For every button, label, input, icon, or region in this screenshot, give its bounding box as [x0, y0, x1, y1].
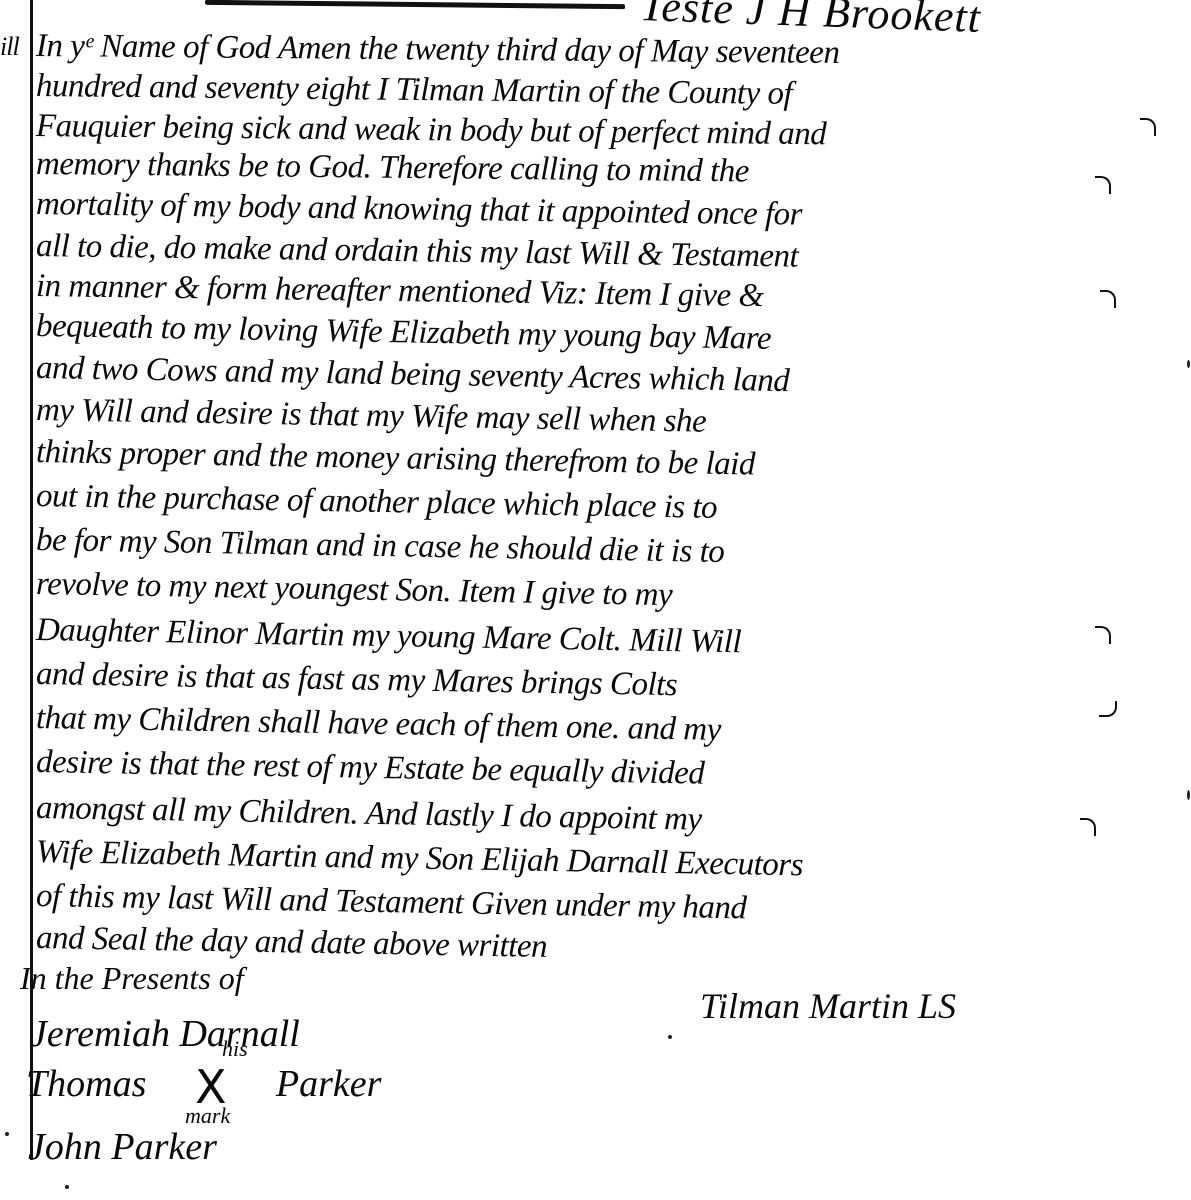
line-end-flourish-icon: [1100, 290, 1116, 308]
top-ink-rule: [205, 0, 625, 9]
scan-speck: [668, 1035, 672, 1039]
will-line-11: thinks proper and the money arising ther…: [36, 434, 756, 484]
will-line-13: be for my Son Tilman and in case he shou…: [36, 522, 725, 571]
will-line-21: of this my last Will and Testament Given…: [36, 878, 747, 927]
will-line-7: in manner & form hereafter mentioned Viz…: [36, 268, 764, 315]
testator-signature: Tilman Martin LS: [700, 985, 956, 1027]
will-line-5: mortality of my body and knowing that it…: [36, 186, 803, 234]
line-end-flourish-icon: [1140, 118, 1156, 136]
will-document-page: ill Teste J H Brookett In yᵉ Name of God…: [0, 0, 1191, 1200]
line-end-flourish-icon: [1080, 818, 1096, 836]
will-line-1: In yᵉ Name of God Amen the twenty third …: [36, 28, 840, 72]
margin-note: ill: [0, 32, 19, 62]
will-line-2: hundred and seventy eight I Tilman Marti…: [36, 68, 793, 113]
will-line-15: Daughter Elinor Martin my young Mare Col…: [36, 612, 742, 661]
will-line-20: Wife Elizabeth Martin and my Son Elijah …: [36, 834, 804, 884]
will-line-19: amongst all my Children. And lastly I do…: [36, 790, 702, 839]
scan-speck: [5, 1132, 9, 1136]
line-end-flourish-icon: [1095, 176, 1111, 194]
line-end-flourish-icon: [1095, 626, 1111, 644]
will-line-16: and desire is that as fast as my Mares b…: [36, 656, 678, 704]
witness-signature-john-parker: John Parker: [28, 1125, 217, 1169]
scan-speck: [65, 1185, 69, 1189]
scan-speck: [1187, 360, 1190, 368]
will-line-12: out in the purchase of another place whi…: [36, 478, 718, 527]
will-line-10: my Will and desire is that my Wife may s…: [36, 392, 707, 441]
will-line-9: and two Cows and my land being seventy A…: [36, 350, 790, 400]
will-line-14: revolve to my next youngest Son. Item I …: [36, 566, 673, 614]
mark-label-his: his: [222, 1036, 248, 1062]
will-line-4: memory thanks be to God. Therefore calli…: [36, 146, 749, 190]
will-line-8: bequeath to my loving Wife Elizabeth my …: [36, 308, 772, 358]
witness-heading: In the Presents of: [20, 960, 244, 997]
scan-speck: [1187, 790, 1190, 800]
witness-signature-jeremiah-darnall: Jeremiah Darnall: [30, 1012, 300, 1056]
line-end-flourish-icon: [1099, 701, 1117, 717]
will-line-6: all to die, do make and ordain this my l…: [36, 228, 799, 276]
will-line-17: that my Children shall have each of them…: [36, 700, 721, 749]
will-line-18: desire is that the rest of my Estate be …: [36, 744, 705, 793]
